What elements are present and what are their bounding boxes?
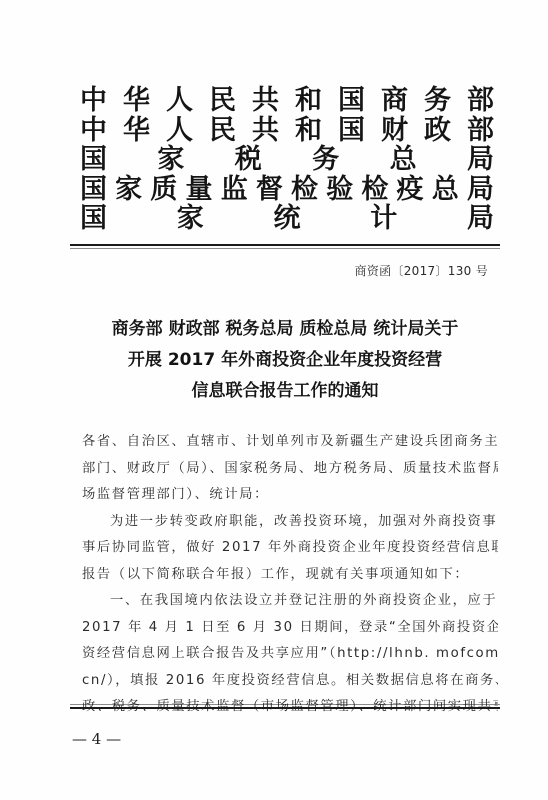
issuer-character: 人 [166, 86, 193, 116]
issuer-sat: 国家税务总局 [80, 145, 494, 175]
issuer-character: 务 [312, 145, 339, 175]
addressee-line: 部门、财政厅（局）、国家税务局、地方税务局、质量技术监督局（市 [82, 456, 498, 483]
issuer-character: 国 [338, 116, 365, 146]
paragraph-line: 为进一步转变政府职能，改善投资环境，加强对外商投资事中 [82, 509, 498, 536]
issuer-character: 人 [166, 116, 193, 146]
paragraph-line: 报告（以下简称联合年报）工作，现就有关事项通知如下： [82, 562, 498, 589]
issuer-character: 国 [80, 145, 107, 175]
issuer-character: 和 [295, 86, 322, 116]
addressee-line: 各省、自治区、直辖市、计划单列市及新疆生产建设兵团商务主管 [82, 429, 498, 456]
document-number: 商资函〔2017〕130 号 [355, 262, 488, 279]
issuer-character: 总 [390, 145, 417, 175]
issuer-character: 统 [274, 204, 301, 234]
issuer-character: 国 [80, 175, 107, 205]
issuer-mofcom: 中华人民共和国商务部 [80, 86, 494, 116]
issuer-character: 量 [186, 175, 213, 205]
issuer-character: 商 [381, 86, 408, 116]
issuer-character: 总 [432, 175, 459, 205]
issuer-character: 华 [123, 86, 150, 116]
addressee-line: 场监督管理部门）、统计局： [82, 482, 498, 509]
issuer-character: 国 [338, 86, 365, 116]
issuer-character: 质 [150, 175, 177, 205]
issuer-character: 民 [209, 116, 236, 146]
issuer-character: 中 [80, 116, 107, 146]
paragraph-line: 事后协同监管，做好 2017 年外商投资企业年度投资经营信息联合 [82, 535, 498, 562]
header-divider-rule-thin [70, 248, 500, 249]
issuer-character: 和 [295, 116, 322, 146]
issuer-character: 监 [221, 175, 248, 205]
title-line-1: 商务部 财政部 税务总局 质检总局 统计局关于 [60, 314, 510, 345]
issuer-character: 民 [209, 86, 236, 116]
footer-divider-rule [70, 707, 500, 709]
issuer-character: 检 [291, 175, 318, 205]
paragraph-line: cn/），填报 2016 年度投资经营信息。相关数据信息将在商务、财 [82, 668, 498, 695]
issuer-character: 验 [326, 175, 353, 205]
issuer-character: 局 [467, 175, 494, 205]
issuer-character: 检 [361, 175, 388, 205]
page-number: — 4 — [72, 730, 121, 748]
issuer-character: 财 [381, 116, 408, 146]
document-body: 各省、自治区、直辖市、计划单列市及新疆生产建设兵团商务主管 部门、财政厅（局）、… [82, 429, 498, 721]
document-page: 中华人民共和国商务部 中华人民共和国财政部 国家税务总局 国家质量监督检验检疫总… [0, 0, 548, 800]
issuer-character: 务 [424, 86, 451, 116]
issuer-character: 家 [177, 204, 204, 234]
header-divider-rule [70, 244, 500, 246]
issuer-character: 疫 [397, 175, 424, 205]
issuer-character: 中 [80, 86, 107, 116]
issuer-character: 共 [252, 116, 279, 146]
issuer-mof: 中华人民共和国财政部 [80, 116, 494, 146]
title-line-3: 信息联合报告工作的通知 [60, 376, 510, 407]
issuer-character: 政 [424, 116, 451, 146]
issuer-character: 局 [467, 145, 494, 175]
issuer-character: 税 [235, 145, 262, 175]
issuer-character: 督 [256, 175, 283, 205]
issuer-nbs: 国家统计局 [80, 204, 494, 234]
issuer-character: 国 [80, 204, 107, 234]
footer-divider-rule-thin [70, 704, 500, 705]
document-title: 商务部 财政部 税务总局 质检总局 统计局关于 开展 2017 年外商投资企业年… [60, 314, 510, 407]
issuer-character: 家 [115, 175, 142, 205]
issuer-aqsiq: 国家质量监督检验检疫总局 [80, 175, 494, 205]
issuer-character: 部 [467, 116, 494, 146]
issuer-character: 局 [467, 204, 494, 234]
paragraph-line: 资经营信息网上联合报告及共享应用”（http://lhnb. mofcom. g… [82, 641, 498, 668]
issuer-character: 计 [370, 204, 397, 234]
issuer-character: 部 [467, 86, 494, 116]
issuing-authorities-header: 中华人民共和国商务部 中华人民共和国财政部 国家税务总局 国家质量监督检验检疫总… [80, 86, 494, 234]
issuer-character: 家 [157, 145, 184, 175]
paragraph-line: 2017 年 4 月 1 日至 6 月 30 日期间，登录“全国外商投资企业年度… [82, 615, 498, 642]
title-line-2: 开展 2017 年外商投资企业年度投资经营 [60, 345, 510, 376]
paragraph-line: 一、在我国境内依法设立并登记注册的外商投资企业，应于 [82, 588, 498, 615]
issuer-character: 华 [123, 116, 150, 146]
issuer-character: 共 [252, 86, 279, 116]
